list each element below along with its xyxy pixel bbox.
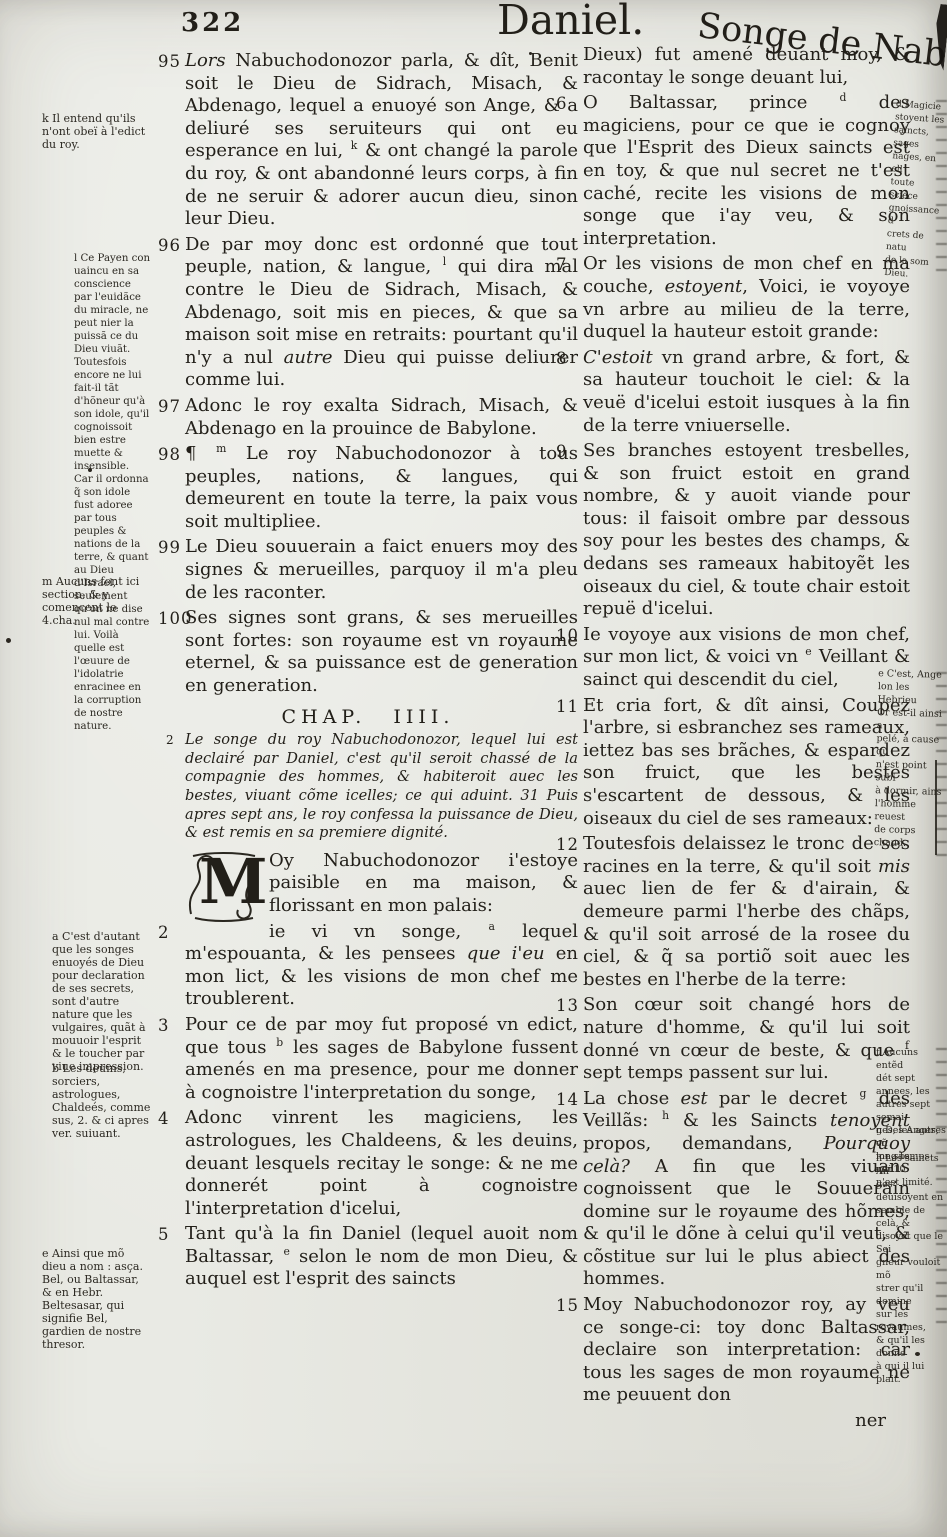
verse-number: 97 xyxy=(158,396,181,419)
verse: 96De par moy donc est ordonné que tout p… xyxy=(158,234,578,392)
verse: 12Toutesfois delaissez le tronc de ses r… xyxy=(556,833,910,991)
verse-number: 10 xyxy=(556,625,579,648)
argument-text: Le songe du roy Nabuchodonozor, lequel l… xyxy=(185,731,578,841)
argument-marker: 2 xyxy=(166,731,174,750)
verse-text: La chose est par le decret g des Veillãs… xyxy=(583,1088,910,1290)
verse-text: Adonc vinrent les magiciens, les astrolo… xyxy=(185,1107,578,1218)
page-number: 322 xyxy=(181,8,244,38)
verse-text: Le Dieu souuerain a faict enuers moy des… xyxy=(185,536,578,602)
verse-number: 12 xyxy=(556,834,579,857)
verse-text: Lors Nabuchodonozor parla, & dît, Benit … xyxy=(185,50,578,229)
verse-number: 4 xyxy=(158,1108,170,1131)
verse: 99Le Dieu souuerain a faict enuers moy d… xyxy=(158,536,578,604)
verse-number: 11 xyxy=(556,696,579,719)
text-column-left: 95Lors Nabuchodonozor parla, & dît, Beni… xyxy=(158,50,578,1294)
verse-text: ie vi vn songe, a lequel m'espouanta, & … xyxy=(185,921,578,1010)
verse-number: 8 xyxy=(556,348,568,371)
verse: 97Adonc le roy exalta Sidrach, Misach, &… xyxy=(158,395,578,440)
verse: 6O Baltassar, prince d des magiciens, po… xyxy=(556,92,910,250)
margin-note-k: k Il entend qu'ils n'ont obeï à l'edict … xyxy=(42,112,150,151)
drop-cap-letter: M xyxy=(199,844,268,920)
verse-text: Et cria fort, & dît ainsi, Coupez l'arbr… xyxy=(583,695,910,829)
verse: 9Ses branches estoyent tresbelles, & son… xyxy=(556,440,910,621)
verse: MOy Nabuchodonozor i'estoye paisible en … xyxy=(158,850,578,918)
verse-text: Oy Nabuchodonozor i'estoye paisible en m… xyxy=(269,850,578,916)
verse-number: 14 xyxy=(556,1089,579,1112)
catchword: ner xyxy=(556,1410,910,1433)
margin-note-b: b Les deuins, sorciers, astrologues, Cha… xyxy=(52,1062,151,1140)
verse-text: Or les visions de mon chef en ma couche,… xyxy=(583,253,910,342)
margin-note-l: l Ce Payen con uaincu en sa conscience p… xyxy=(74,252,151,733)
ink-speck xyxy=(6,638,11,643)
verse: 95Lors Nabuchodonozor parla, & dît, Beni… xyxy=(158,50,578,231)
verse-number: 95 xyxy=(158,51,181,74)
verse-text: Son cœur soit changé hors de nature d'ho… xyxy=(583,994,910,1083)
verse-continuation: Dieux) fut amené deuant moy, & racontay … xyxy=(556,44,910,89)
verse-number: 15 xyxy=(556,1295,579,1318)
page-edge-cut-text xyxy=(936,1048,947,1333)
verse-text: Ses signes sont grans, & ses merueilles … xyxy=(185,607,578,696)
verse-text: Adonc le roy exalta Sidrach, Misach, & A… xyxy=(185,395,578,439)
page-edge-cut-text xyxy=(936,672,947,867)
verse-text: Moy Nabuchodonozor roy, ay veu ce songe-… xyxy=(583,1294,910,1405)
verse-text: Ie voyoye aux visions de mon chef, sur m… xyxy=(583,624,910,690)
verse: 5Tant qu'à la fin Daniel (lequel auoit n… xyxy=(158,1223,578,1291)
page-edge-line xyxy=(935,760,937,855)
chapter-heading: CHAP. IIII. xyxy=(158,706,578,729)
ink-speck xyxy=(529,52,532,55)
book-title: Daniel. xyxy=(497,0,644,44)
margin-note-e-left: e Ainsi que mõ dieu a nom : asça. Bel, o… xyxy=(42,1247,150,1351)
text-column-right: Dieux) fut amené deuant moy, & racontay … xyxy=(556,44,910,1433)
margin-note-a: a C'est d'autant que les songes enuoyés … xyxy=(52,930,151,1073)
verse-text: ¶ m Le roy Nabuchodonozor à tous peuples… xyxy=(185,443,578,532)
chapter-argument: 2Le songe du roy Nabuchodonozor, lequel … xyxy=(158,731,578,843)
verse-text: Ses branches estoyent tresbelles, & son … xyxy=(583,440,910,619)
verse: 8C'estoit vn grand arbre, & fort, & sa h… xyxy=(556,347,910,437)
verse-number: 3 xyxy=(158,1015,170,1038)
verse-number: 2 xyxy=(158,922,170,945)
verse: 15Moy Nabuchodonozor roy, ay veu ce song… xyxy=(556,1294,910,1407)
ink-speck xyxy=(88,468,92,472)
verse: 11Et cria fort, & dît ainsi, Coupez l'ar… xyxy=(556,695,910,831)
verse-number: 5 xyxy=(158,1224,170,1247)
verse-text: Toutesfois delaissez le tronc de ses rac… xyxy=(583,833,910,990)
verse-number: 6 xyxy=(556,93,568,116)
scanned-book-page: 322 Daniel. Songe de Nabuch. k Il entend… xyxy=(0,0,947,1537)
verse: 13Son cœur soit changé hors de nature d'… xyxy=(556,994,910,1084)
verse: 7Or les visions de mon chef en ma couche… xyxy=(556,253,910,343)
verse-text: Pour ce de par moy fut proposé vn edict,… xyxy=(185,1014,578,1103)
verse-text: De par moy donc est ordonné que tout peu… xyxy=(185,234,578,391)
verse: 2ie vi vn songe, a lequel m'espouanta, &… xyxy=(158,921,578,1011)
verse-number: 100 xyxy=(158,608,193,631)
verse: 14La chose est par le decret g des Veill… xyxy=(556,1088,910,1291)
verse-number: 13 xyxy=(556,995,579,1018)
verse-text: Tant qu'à la fin Daniel (lequel auoit no… xyxy=(185,1223,578,1289)
verse: 3Pour ce de par moy fut proposé vn edict… xyxy=(158,1014,578,1104)
verse: 10Ie voyoye aux visions de mon chef, sur… xyxy=(556,624,910,692)
verse: 100Ses signes sont grans, & ses merueill… xyxy=(158,607,578,697)
verse-number: 9 xyxy=(556,441,568,464)
verse: 98¶ m Le roy Nabuchodonozor à tous peupl… xyxy=(158,443,578,533)
page-edge-cut-text xyxy=(936,100,947,275)
margin-note-m: m Aucuns font ici section, & y comencent… xyxy=(42,575,150,627)
verse-text: Dieux) fut amené deuant moy, & racontay … xyxy=(583,44,910,88)
verse-text: O Baltassar, prince d des magiciens, pou… xyxy=(583,92,910,249)
verse-number: 96 xyxy=(158,235,181,258)
drop-cap: M xyxy=(185,852,261,922)
verse: 4Adonc vinrent les magiciens, les astrol… xyxy=(158,1107,578,1220)
verse-number: 99 xyxy=(158,537,181,560)
verse-number: 7 xyxy=(556,254,568,277)
verse-text: C'estoit vn grand arbre, & fort, & sa ha… xyxy=(583,347,910,436)
verse-number: 98 xyxy=(158,444,181,467)
ink-speck xyxy=(915,1352,920,1356)
